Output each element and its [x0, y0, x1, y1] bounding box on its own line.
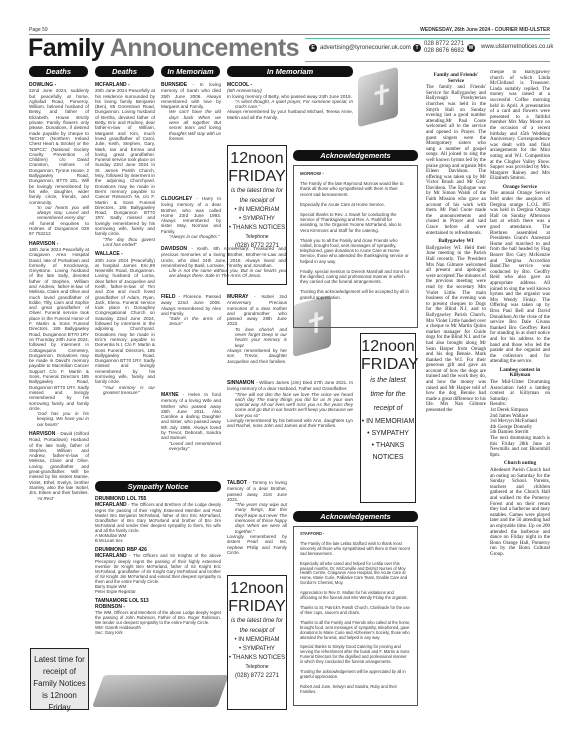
ack-paragraph: Thanks to St. Patrick's Parish Church, C…: [300, 606, 411, 616]
news-column-1: Family and Friends' Service The family a…: [426, 70, 486, 710]
notice-verse: 'In our hearts you will always stay. Lov…: [29, 205, 89, 221]
news-heading: Family and Friends' Service: [426, 73, 486, 84]
notice-text: 22nd June 2024, suddenly but peacefully …: [29, 88, 89, 204]
box-line: FRIDAY: [361, 356, 415, 374]
box-line: the receipt of: [228, 626, 286, 636]
contact-website[interactable]: www.ulsternetnotices.co.uk: [481, 44, 553, 50]
inmemoriam-field: FIELD - Florence. Passed away 22nd June …: [161, 294, 221, 331]
news-heading: Church outing: [490, 461, 550, 467]
header-deaths-1: Deaths: [29, 66, 88, 77]
notice-verse: "Loved and remembered everyday": [161, 441, 221, 452]
notice-verse: To love cherish and never forget Deep in…: [227, 327, 287, 348]
ack-morrow: MORROW - The Family of the late Raymond …: [293, 165, 418, 328]
title-family: Family: [28, 34, 104, 62]
phone-icon: T: [413, 44, 421, 52]
contact-email[interactable]: Eadvertising@tyronecourier.uk.com: [309, 44, 411, 52]
deadline-box-tall: 12noon FRIDAY is the latest time for the…: [360, 333, 416, 503]
news-heading: Ballygawley WI: [426, 239, 486, 245]
signature: B McLean Sec: [95, 538, 123, 543]
contact-bar: Eadvertising@tyronecourier.uk.com T028 8…: [305, 38, 550, 62]
notice-name: MORROW -: [300, 171, 324, 176]
notice-text: 20th June 2024 Peacefully at his residen…: [95, 88, 155, 236]
notice-verse: We can't have the old days back When we …: [161, 109, 221, 141]
notice-name: MAYNE: [161, 392, 179, 398]
phone-1: 028 8772 2271: [424, 41, 464, 47]
news-text: The family and Friends' Service for Ball…: [426, 85, 486, 236]
notice-name: WALLACE -: [95, 251, 123, 257]
notice-verse: "Always in our thoughts.": [161, 234, 221, 239]
box-line: 12noon: [228, 150, 286, 168]
bible-image: [92, 675, 229, 707]
box-tel[interactable]: (028) 8772 2271: [228, 242, 286, 251]
notice-verse: "Safe in the arms of Jesus": [161, 316, 221, 327]
phone-2: 028 8676 6682: [424, 48, 464, 54]
ack-paragraph: Especially all who cared and helped for …: [300, 562, 411, 587]
box-item: • THANKS: [361, 440, 415, 452]
deaths-column-1: DOWLING -22nd June 2024, suddenly but pe…: [29, 82, 89, 505]
notice-sub: (6th Anniversary): [227, 88, 262, 93]
news-text: Ballygawley WI. Held their June meeting …: [426, 246, 486, 414]
notice-text: Lovingly remembered by his beloved wife …: [227, 418, 353, 428]
signature: Peter Espie Registrar: [95, 589, 136, 594]
box-line: is the latest: [361, 374, 415, 388]
notice-verse: "Your memory is our greatest treasure": [95, 385, 155, 396]
dateline: WEDNESDAY, 26th June 2024 - COURIER MID-…: [420, 27, 550, 33]
notice-name: DOWLING -: [29, 82, 56, 88]
inmemoriam-murray: MURRAY - Isobel 2nd Anniversary Precious…: [227, 294, 287, 368]
notice-name: MCFARLAND -: [95, 82, 130, 88]
notice-text: - Helen In fond memory of a loving Wife …: [161, 392, 221, 440]
box-tel-label: Telephone: [228, 663, 286, 672]
notice-text: The WM, Officers and Members of the abov…: [95, 610, 221, 625]
news-text: cheque to Ballygawley church of which Li…: [490, 70, 550, 182]
notice-name: FIELD: [161, 294, 175, 300]
header-acknowledgements-2: Acknowledgements: [293, 511, 418, 522]
box-line: is the latest time for: [228, 186, 286, 196]
news-text: The annual Orange Service held under the…: [490, 191, 550, 364]
notice-text: 16th June 2024 Peacefully at Craigavon A…: [29, 247, 89, 411]
box-line: time for the: [361, 388, 415, 402]
notice-verse: 'God has you in his keeping. We have you…: [29, 411, 89, 427]
box-item: • IN MEMORIAM: [228, 636, 286, 645]
inmemoriam-mccool: MCCOOL -(6th Anniversary)In loving memor…: [227, 82, 353, 124]
news-text: The next drumming match is this Friday 2…: [490, 436, 550, 458]
contact-phone: T028 8772 2271028 8676 6682W: [413, 41, 475, 55]
notice-name: BURNSIDE: [161, 82, 187, 88]
box-line: receipt of: [361, 402, 415, 416]
notice-text: - Harry In loving memory of a dear Broth…: [161, 196, 221, 234]
notice-text: Always remembered by her son Trevor, dau…: [227, 348, 287, 364]
box-item: NOTICES: [361, 452, 415, 464]
box-tel-label: Telephone: [228, 233, 286, 242]
page-number: Page 59: [29, 27, 48, 33]
notice-text: All funeral enquiries to Holmes of Dunga…: [29, 221, 89, 237]
notice-name: MURRAY: [227, 294, 248, 300]
page-title: Family Announcements: [28, 34, 299, 62]
notice-name: CLOUGHLEY: [161, 196, 192, 202]
notice-name: DAVIDSON: [161, 246, 187, 252]
notice-verse: "A silent thought, A quiet prayer, For s…: [227, 99, 353, 110]
email-text[interactable]: advertising@tyronecourier.uk.com: [320, 45, 411, 51]
notice-verse: "The day thou gavest Lord has ended": [95, 237, 155, 248]
header-inmemoriam-2: In Memoriam: [227, 66, 353, 77]
notice-text: - David (Gilford Road, Portadown) Husban…: [29, 431, 89, 495]
news-column-2: cheque to Ballygawley church of which Li…: [490, 70, 550, 710]
notice-name: MCCOOL -: [227, 82, 252, 88]
ack-paragraph: Special thanks to Simply Good Catering f…: [300, 645, 411, 665]
box-item: • SYMPATHY: [228, 215, 286, 224]
ack-paragraph: Thank you to all the Family and close Fr…: [300, 238, 411, 264]
box-item: • IN MEMORIAM: [361, 416, 415, 428]
notice-name: HARVISON: [29, 431, 55, 437]
ack-paragraph: Trusting this acknowledgement will be ac…: [300, 289, 411, 299]
notice-name: HARVISON -: [29, 241, 58, 247]
box-line: the receipt of: [228, 196, 286, 206]
inmemoriam-talbot: TALBOT - Tommy In loving memory of a dea…: [227, 480, 287, 559]
deaths-column-2: MCFARLAND -20th June 2024 Peacefully at …: [95, 82, 155, 477]
ack-paragraph: Especially the Acute Care at Home Servic…: [300, 202, 411, 207]
header-sympathy: Sympathy Notice: [95, 481, 221, 492]
inmemoriam-column: BURNSIDE - In loving memory of Sarah who…: [161, 82, 221, 145]
title-announcements: Announcements: [110, 34, 299, 62]
ack-paragraph: The Family of the late Raymond Morrow wo…: [300, 181, 411, 197]
website-text[interactable]: www.ulsternetnotices.co.uk: [481, 44, 553, 50]
signature: Sec: Gary Kirk: [95, 630, 123, 635]
box-item: • SYMPATHY: [228, 645, 286, 654]
bible-image: [358, 67, 398, 128]
box-line: 12noon: [228, 580, 286, 598]
ack-paragraph: Special thanks to Rev. J. Ewart for cond…: [300, 212, 411, 233]
notice-text: In loving memory of Betty, who passed aw…: [227, 94, 352, 99]
ack-paragraph: The Family of the late Letitia Stafford …: [300, 542, 411, 557]
box-line: FRIDAY: [228, 168, 286, 186]
notice-verse: "The years may wipe out many things, But…: [227, 502, 287, 534]
ack-paragraph: Appreciation to Rev G. Mullan for his vi…: [300, 591, 411, 601]
news-heading: Orange Service: [490, 185, 550, 191]
ack-paragraph: Thanks to all the Family and Friends who…: [300, 621, 411, 641]
ack-paragraph: Finally, special mention to Dereck Marsh…: [300, 269, 411, 285]
email-icon: E: [309, 44, 317, 52]
header-deaths-2: Deaths: [95, 66, 154, 77]
notice-text: 20th June 2024 (Peacefully) at hospital …: [95, 258, 155, 385]
ack-paragraph: Trusting the acknowledgement will be app…: [300, 670, 411, 680]
box-line: is the latest time for: [228, 616, 286, 626]
notice-text: Always remembered by your husband Michae…: [227, 109, 353, 119]
inmemoriam-sinnamon: SINNAMON - William James (Jim) Died 27th…: [227, 380, 353, 433]
deadline-box: 12noon FRIDAY is the latest time for the…: [227, 575, 287, 710]
header-inmemoriam-1: In Memoriam: [161, 66, 220, 77]
notice-verse: 'At Rest': [29, 496, 89, 501]
web-icon: W: [467, 44, 475, 52]
latest-time-box: Latest time for receipt of Family Notice…: [30, 648, 89, 710]
inmemoriam-cloughley: CLOUGHLEY - Harry In loving memory of a …: [161, 196, 221, 243]
notice-name: STAFFORD -: [300, 531, 324, 536]
header-acknowledgements-1: Acknowledgements: [293, 150, 418, 161]
news-heading: Lambeg contest in Killyman: [490, 368, 550, 379]
notice-text: Lovingly remembered by sisters Pearl and…: [227, 534, 287, 555]
notice-name: SINNAMON: [227, 380, 254, 386]
box-item: • THANKS NOTICES: [228, 224, 286, 233]
box-item: • IN MEMORIAM: [228, 206, 286, 215]
ack-paragraph: Robert and June, Selwyn and Sandra, Ruby…: [300, 685, 411, 695]
inmemoriam-mayne: MAYNE - Helen In fond memory of a loving…: [161, 392, 221, 455]
sympathy-notices: DRUMMOND LOL 755MCFARLAND - The Officers…: [95, 496, 221, 639]
news-text: The Mid-Ulster Drumming Association held…: [490, 380, 550, 402]
news-text: Altedesert Parish Church had an outing o…: [490, 468, 550, 558]
box-tel[interactable]: (028) 8772 2271: [228, 672, 286, 681]
ack-stafford: STAFFORD - The Family of the late Letiti…: [293, 526, 418, 706]
notice-name: TALBOT: [227, 480, 247, 486]
notice-verse: "Time will not dim the face we love The …: [227, 392, 353, 418]
box-item: • SYMPATHY: [361, 428, 415, 440]
deadline-box: 12noon FRIDAY is the latest time for the…: [227, 145, 287, 285]
box-item: • THANKS NOTICES: [228, 654, 286, 663]
box-line: FRIDAY: [228, 598, 286, 616]
box-line: 12noon: [361, 338, 415, 356]
